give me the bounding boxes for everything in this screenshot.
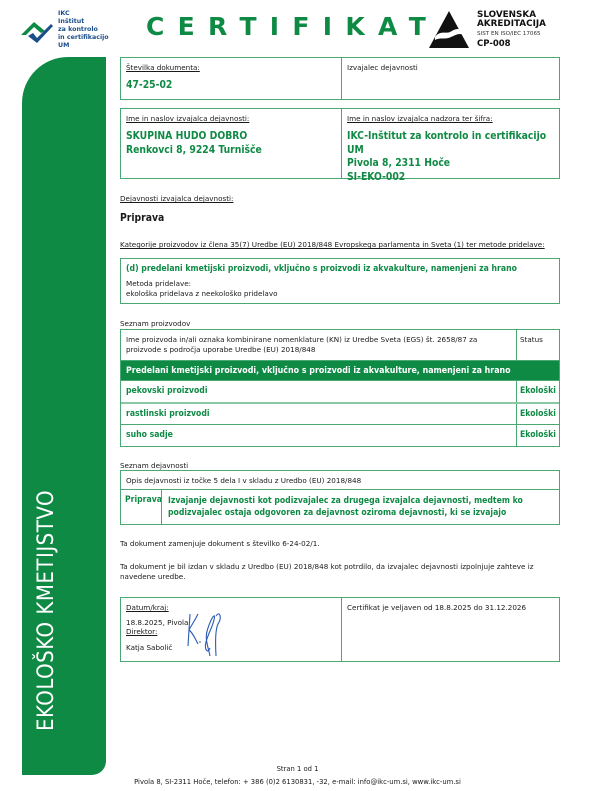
table-row: suho sadje Ekološki [121, 424, 559, 446]
activities-table-header: Opis dejavnosti iz točke 5 dela I v skla… [121, 471, 559, 489]
table-row: pekovski proizvodi Ekološki [121, 380, 559, 402]
activities-table: Opis dejavnosti iz točke 5 dela I v skla… [120, 470, 560, 525]
ikc-logo: IKC Inštitut za kontrolo in certifikacij… [20, 10, 130, 52]
method-value: ekološka pridelava z neekološko pridelav… [126, 289, 554, 299]
validity-cell: Certifikat je veljaven od 18.8.2025 do 3… [341, 598, 559, 661]
validity-text: Certifikat je veljaven od 18.8.2025 do 3… [347, 603, 554, 612]
page-number: Stran 1 od 1 [0, 765, 595, 773]
activities-list-label: Seznam dejavnosti [120, 461, 188, 470]
categories-label: Kategorije proizvodov iz člena 35(7) Ure… [120, 240, 545, 249]
parties-box: Ime in naslov izvajalca dejavnosti: SKUP… [120, 108, 560, 179]
document-number-label: Številka dokumenta: [126, 63, 336, 72]
accreditation-standard: SIST EN ISO/IEC 17065 [477, 31, 541, 37]
activities-value: Priprava [120, 212, 164, 224]
products-category-row: Predelani kmetijski proizvodi, vključno … [121, 360, 559, 380]
document-number-box: Številka dokumenta: 47-25-02 Izvajalec d… [120, 57, 560, 100]
method-label: Metoda pridelave: [126, 279, 554, 289]
table-row: rastlinski proizvodi Ekološki [121, 402, 559, 424]
signature-cell: Datum/kraj: 18.8.2025, Pivola Direktor: … [121, 598, 341, 661]
document-title: CERTIFIKAT [146, 12, 439, 41]
activities-label: Dejavnosti izvajalca dejavnosti: [120, 194, 233, 203]
director-name: Katja Sabolič [126, 643, 336, 652]
control-body-address: Pivola 8, 2311 Hoče [347, 157, 554, 171]
category-box: (d) predelani kmetijski proizvodi, vklju… [120, 258, 560, 304]
issued-note: Ta dokument je bil izdan v skladu z Ured… [120, 562, 550, 582]
activity-description: Izvajanje dejavnosti kot podizvajalec za… [161, 490, 559, 524]
product-name: rastlinski proizvodi [121, 404, 516, 424]
document-number-value: 47-25-02 [126, 79, 336, 93]
control-body-name: IKC-Inštitut za kontrolo in certifikacij… [347, 130, 554, 157]
footer-address: Pivola 8, SI-2311 Hoče, telefon: + 386 (… [0, 778, 595, 786]
ikc-logo-text: IKC Inštitut za kontrolo in certifikacij… [58, 10, 109, 50]
accreditation-logo: SLOVENSKA AKREDITACIJA SIST EN ISO/IEC 1… [428, 8, 588, 53]
product-status: Ekološki [516, 425, 559, 446]
product-name: pekovski proizvodi [121, 381, 516, 402]
table-row: Priprava Izvajanje dejavnosti kot podizv… [121, 489, 559, 524]
operator-address: Renkovci 8, 9224 Turnišče [126, 144, 336, 158]
products-header-row: Ime proizvoda in/ali oznaka kombinirane … [121, 330, 559, 360]
director-label: Direktor: [126, 627, 336, 636]
slovenska-akreditacija-triangle-icon [428, 10, 470, 50]
role-label: Izvajalec dejavnosti [347, 63, 554, 72]
products-header-name: Ime proizvoda in/ali oznaka kombinirane … [121, 330, 516, 360]
product-name: suho sadje [121, 425, 516, 446]
products-section-label: Seznam proizvodov [120, 319, 190, 328]
accreditation-name: SLOVENSKA AKREDITACIJA [477, 11, 546, 29]
products-header-status: Status [516, 330, 559, 360]
products-table: Ime proizvoda in/ali oznaka kombinirane … [120, 329, 560, 447]
operator-label: Ime in naslov izvajalca dejavnosti: [126, 114, 336, 123]
control-body-cell: Ime in naslov izvajalca nadzora ter šifr… [341, 109, 559, 178]
document-number-cell: Številka dokumenta: 47-25-02 [121, 58, 341, 99]
activity-name: Priprava [121, 490, 161, 524]
product-status: Ekološki [516, 404, 559, 424]
product-status: Ekološki [516, 381, 559, 402]
operator-name: SKUPINA HUDO DOBRO [126, 130, 336, 144]
control-body-code: SI-EKO-002 [347, 171, 554, 185]
handwritten-signature-icon [186, 608, 226, 658]
ikc-check-roof-icon [20, 16, 54, 46]
date-label: Datum/kraj: [126, 603, 336, 612]
category-value: (d) predelani kmetijski proizvodi, vklju… [126, 264, 554, 274]
sidebar-banner: EKOLOŠKO KMETIJSTVO [22, 57, 106, 775]
control-body-label: Ime in naslov izvajalca nadzora ter šifr… [347, 114, 554, 123]
role-cell: Izvajalec dejavnosti [341, 58, 559, 99]
accreditation-code: CP-008 [477, 39, 511, 49]
date-value: 18.8.2025, Pivola [126, 618, 336, 627]
operator-cell: Ime in naslov izvajalca dejavnosti: SKUP… [121, 109, 341, 178]
replaces-note: Ta dokument zamenjuje dokument s številk… [120, 539, 550, 549]
